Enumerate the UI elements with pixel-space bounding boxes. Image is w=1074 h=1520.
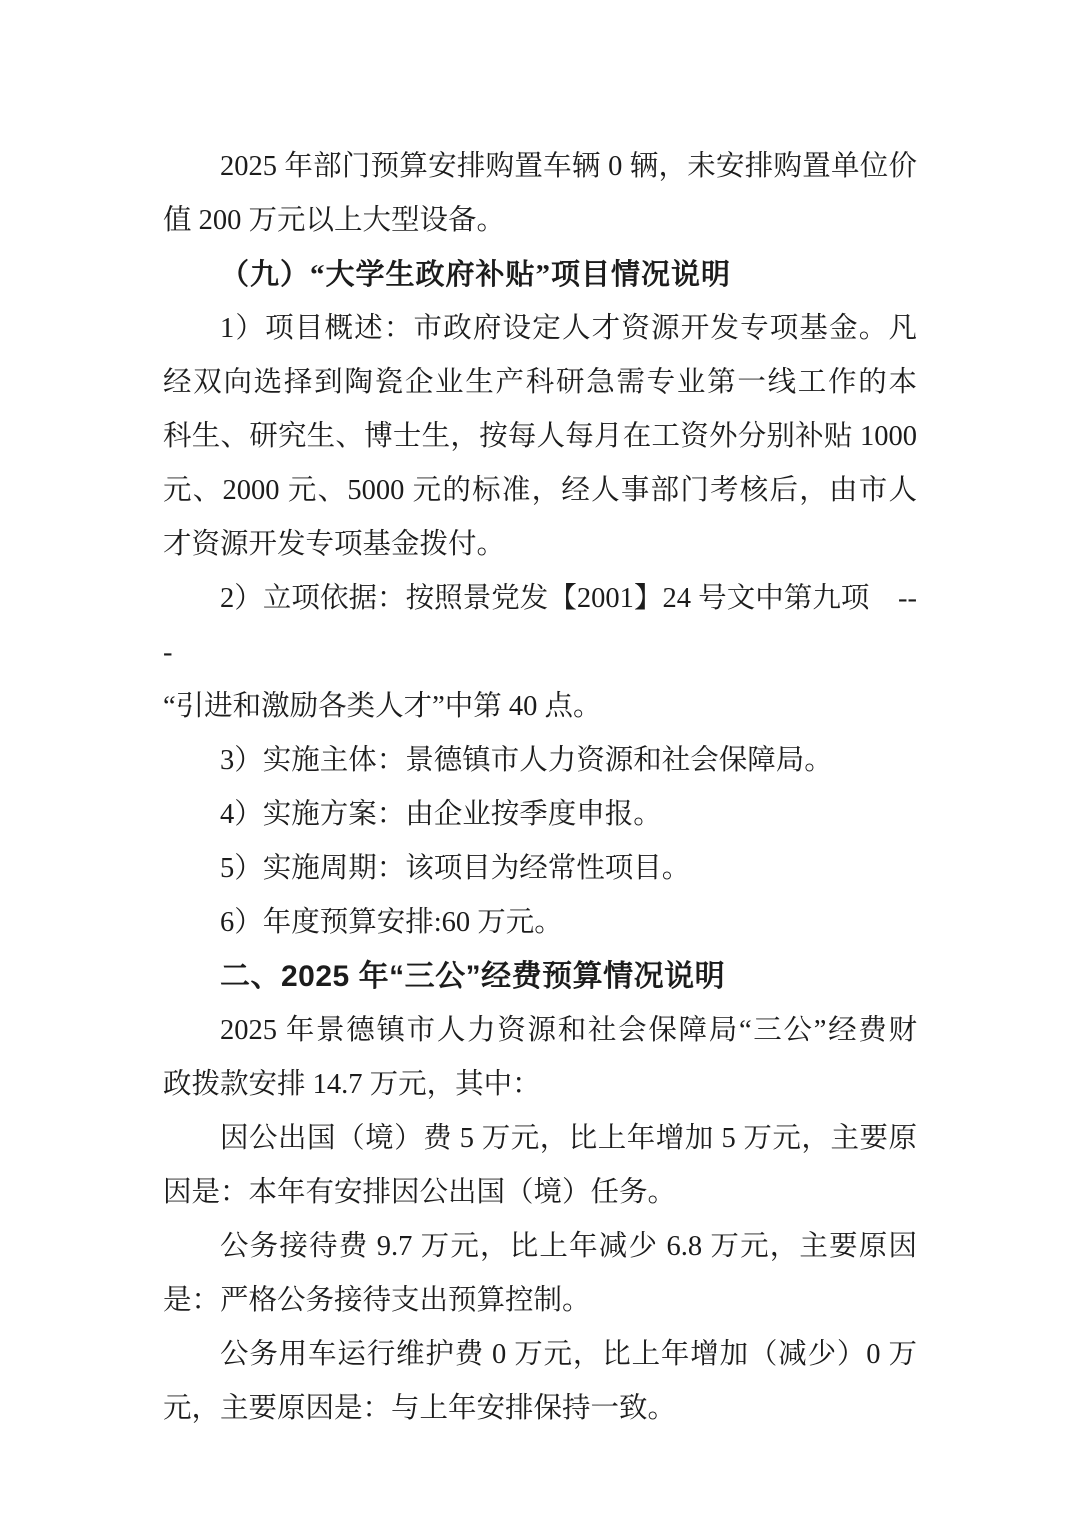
text-line: 因是：本年有安排因公出国（境）任务。	[163, 1166, 917, 1220]
text-line: 二、2025 年“三公”经费预算情况说明	[163, 950, 917, 1004]
para-annual-budget: 6）年度预算安排:60 万元。	[163, 896, 917, 950]
text-line: “引进和激励各类人才”中第 40 点。	[163, 680, 917, 734]
text-line: 2025 年部门预算安排购置车辆 0 辆，未安排购置单位价	[163, 140, 917, 194]
text-line: 2025 年景德镇市人力资源和社会保障局“三公”经费财	[163, 1004, 917, 1058]
para-implement-subject: 3）实施主体：景德镇市人力资源和社会保障局。	[163, 734, 917, 788]
text-line: 2）立项依据：按照景党发【2001】24 号文中第九项 ---	[163, 572, 917, 680]
text-line: 政拨款安排 14.7 万元，其中：	[163, 1058, 917, 1112]
text-line: 公务用车运行维护费 0 万元，比上年增加（减少）0 万	[163, 1328, 917, 1382]
document-page: 2025 年部门预算安排购置车辆 0 辆，未安排购置单位价值 200 万元以上大…	[0, 0, 1074, 1520]
para-implement-plan: 4）实施方案：由企业按季度申报。	[163, 788, 917, 842]
text-line: （九）“大学生政府补贴”项目情况说明	[163, 248, 917, 302]
text-line: 4）实施方案：由企业按季度申报。	[163, 788, 917, 842]
text-line: 因公出国（境）费 5 万元，比上年增加 5 万元，主要原	[163, 1112, 917, 1166]
heading-section-2-three-public-funds: 二、2025 年“三公”经费预算情况说明	[163, 950, 917, 1004]
para-three-public-total: 2025 年景德镇市人力资源和社会保障局“三公”经费财政拨款安排 14.7 万元…	[163, 1004, 917, 1112]
para-reception-expense: 公务接待费 9.7 万元，比上年减少 6.8 万元，主要原因是：严格公务接待支出…	[163, 1220, 917, 1328]
para-project-overview: 1）项目概述：市政府设定人才资源开发专项基金。凡经双向选择到陶瓷企业生产科研急需…	[163, 302, 917, 572]
text-line: 值 200 万元以上大型设备。	[163, 194, 917, 248]
para-project-basis: 2）立项依据：按照景党发【2001】24 号文中第九项 ---“引进和激励各类人…	[163, 572, 917, 734]
text-line: 才资源开发专项基金拨付。	[163, 518, 917, 572]
para-abroad-expense: 因公出国（境）费 5 万元，比上年增加 5 万元，主要原因是：本年有安排因公出国…	[163, 1112, 917, 1220]
heading-section-9-subsidy-project: （九）“大学生政府补贴”项目情况说明	[163, 248, 917, 302]
text-line: 6）年度预算安排:60 万元。	[163, 896, 917, 950]
para-vehicle-maintenance-expense: 公务用车运行维护费 0 万元，比上年增加（减少）0 万元，主要原因是：与上年安排…	[163, 1328, 917, 1436]
para-implement-cycle: 5）实施周期：该项目为经常性项目。	[163, 842, 917, 896]
text-line: 经双向选择到陶瓷企业生产科研急需专业第一线工作的本	[163, 356, 917, 410]
para-vehicle-equipment: 2025 年部门预算安排购置车辆 0 辆，未安排购置单位价值 200 万元以上大…	[163, 140, 917, 248]
text-line: 科生、研究生、博士生，按每人每月在工资外分别补贴 1000	[163, 410, 917, 464]
text-line: 元，主要原因是：与上年安排保持一致。	[163, 1382, 917, 1436]
document-body: 2025 年部门预算安排购置车辆 0 辆，未安排购置单位价值 200 万元以上大…	[163, 140, 917, 1436]
text-line: 5）实施周期：该项目为经常性项目。	[163, 842, 917, 896]
text-line: 元、2000 元、5000 元的标准，经人事部门考核后，由市人	[163, 464, 917, 518]
text-line: 1）项目概述：市政府设定人才资源开发专项基金。凡	[163, 302, 917, 356]
text-line: 公务接待费 9.7 万元，比上年减少 6.8 万元，主要原因	[163, 1220, 917, 1274]
text-line: 是：严格公务接待支出预算控制。	[163, 1274, 917, 1328]
text-line: 3）实施主体：景德镇市人力资源和社会保障局。	[163, 734, 917, 788]
